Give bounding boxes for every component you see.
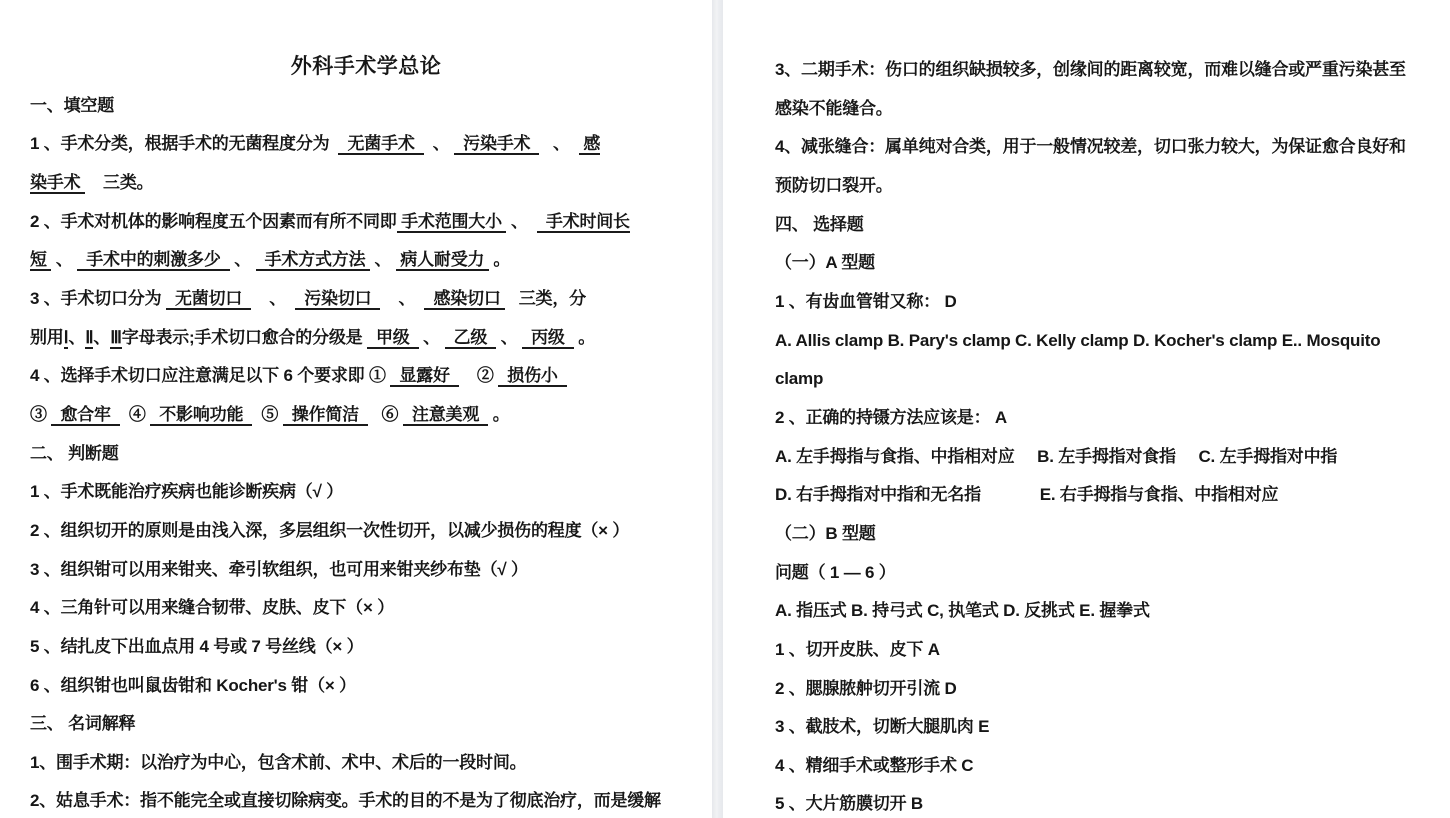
blank-answer: 不影响功能: [150, 405, 252, 426]
text-run: 2 、组织切开的原则是由浅入深，多层组织一次性切开，以减少损伤的程度（× ）: [30, 521, 629, 540]
text-line: 三、 名词解释: [30, 705, 702, 744]
text-run: 3、二期手术：伤口的组织缺损较多，创缘间的距离较宽，而难以缝合或严重污染甚至: [775, 60, 1406, 79]
text-run: 、: [424, 134, 454, 153]
text-line: 1 、手术既能治疗疾病也能诊断疾病（√ ）: [30, 473, 702, 512]
text-run: 。: [489, 250, 510, 269]
blank-answer: 污染手术: [454, 134, 539, 155]
blank-answer: 手术时间长: [537, 212, 630, 233]
text-line: 3 、组织钳可以用来钳夹、牵引软组织，也可用来钳夹纱布垫（√ ）: [30, 551, 702, 590]
page-left-content: 外科手术学总论一、填空题1 、手术分类，根据手术的无菌程度分为 无菌手术 、 污…: [0, 0, 712, 818]
text-run: 1、围手术期：以治疗为中心，包含术前、术中、术后的一段时间。: [30, 753, 526, 772]
blank-answer: 无菌切口: [166, 289, 251, 310]
text-run: 2 、手术对机体的影响程度五个因素而有所不同即: [30, 212, 397, 231]
text-line: 5 、大片筋膜切开 B: [775, 785, 1432, 818]
text-run: clamp: [775, 369, 823, 388]
text-run: 2 、正确的持镊方法应该是： A: [775, 408, 1007, 427]
blank-answer: 显露好: [390, 366, 459, 387]
text-run: 。: [574, 328, 595, 347]
text-run: 预防切口裂开。: [775, 176, 893, 195]
text-run: （二）B 型题: [775, 524, 876, 543]
text-run: 3 、手术切口分为: [30, 289, 166, 308]
text-line: 1、围手术期：以治疗为中心，包含术前、术中、术后的一段时间。: [30, 744, 702, 783]
text-run: 1 、有齿血管钳又称： D: [775, 292, 957, 311]
text-line: 2 、腮腺脓舯切开引流 D: [775, 670, 1432, 709]
page-right-content: 3、二期手术：伤口的组织缺损较多，创缘间的距离较宽，而难以缝合或严重污染甚至感染…: [723, 0, 1450, 818]
text-line: 别用Ⅰ、Ⅱ、Ⅲ字母表示;手术切口愈合的分级是 甲级 、 乙级 、 丙级 。: [30, 319, 702, 358]
text-run: 6 、组织钳也叫鼠齿钳和 Kocher's 钳（× ）: [30, 676, 356, 695]
blank-answer: 手术中的刺激多少: [77, 250, 230, 271]
text-run: 1 、手术分类，根据手术的无菌程度分为: [30, 134, 338, 153]
text-line: 1 、有齿血管钳又称： D: [775, 283, 1432, 322]
text-line: 2、姑息手术：指不能完全或直接切除病变。手术的目的不是为了彻底治疗，而是缓解: [30, 782, 702, 818]
text-line: （一）A 型题: [775, 244, 1432, 283]
page-gutter: [712, 0, 723, 818]
text-run: ⑥: [368, 405, 403, 424]
text-run: 2 、腮腺脓舯切开引流 D: [775, 679, 957, 698]
text-run: 三、 名词解释: [30, 714, 135, 733]
text-line: 1 、手术分类，根据手术的无菌程度分为 无菌手术 、 污染手术 、 感: [30, 125, 702, 164]
text-line: 3 、手术切口分为 无菌切口 、 污染切口 、 感染切口 三类，分: [30, 280, 702, 319]
text-line: 预防切口裂开。: [775, 167, 1432, 206]
text-run: 一、填空题: [30, 96, 114, 115]
text-line: A. 指压式 B. 持弓式 C, 执笔式 D. 反挑式 E. 握拳式: [775, 592, 1432, 631]
text-run: 、: [370, 250, 396, 269]
text-run: ②: [459, 366, 498, 385]
blank-answer: 愈合牢: [51, 405, 120, 426]
text-line: （二）B 型题: [775, 515, 1432, 554]
text-line: 四、 选择题: [775, 206, 1432, 245]
text-line: A. 左手拇指与食指、中指相对应 B. 左手拇指对食指 C. 左手拇指对中指: [775, 438, 1432, 477]
text-run: A. 指压式 B. 持弓式 C, 执笔式 D. 反挑式 E. 握拳式: [775, 601, 1150, 620]
text-line: 4、减张缝合：属单纯对合类，用于一般情况较差，切口张力较大，为保证愈合良好和: [775, 128, 1432, 167]
blank-answer: 病人耐受力: [396, 250, 489, 271]
text-run: 5 、大片筋膜切开 B: [775, 794, 923, 813]
text-run: ④: [120, 405, 150, 424]
blank-answer: 注意美观: [403, 405, 488, 426]
underlined-text: Ⅲ: [110, 328, 122, 349]
text-run: 三类，分: [505, 289, 586, 308]
text-line: 2 、手术对机体的影响程度五个因素而有所不同即 手术范围大小 、 手术时间长: [30, 203, 702, 242]
text-run: 2、姑息手术：指不能完全或直接切除病变。手术的目的不是为了彻底治疗，而是缓解: [30, 791, 661, 810]
text-run: 1 、手术既能治疗疾病也能诊断疾病（√ ）: [30, 482, 343, 501]
text-line: 一、填空题: [30, 87, 702, 126]
page-right: 3、二期手术：伤口的组织缺损较多，创缘间的距离较宽，而难以缝合或严重污染甚至感染…: [723, 0, 1450, 818]
blank-answer: 感: [579, 134, 600, 155]
text-run: 、: [539, 134, 578, 153]
text-line: 感染不能缝合。: [775, 90, 1432, 129]
text-run: 4、减张缝合：属单纯对合类，用于一般情况较差，切口张力较大，为保证愈合良好和: [775, 137, 1406, 156]
text-run: 、: [251, 289, 295, 308]
text-run: 1 、切开皮肤、皮下 A: [775, 640, 940, 659]
blank-answer: 操作简洁: [283, 405, 368, 426]
text-line: D. 右手拇指对中指和无名指 E. 右手拇指与食指、中指相对应: [775, 476, 1432, 515]
text-line: 问题（ 1 — 6 ）: [775, 554, 1432, 593]
blank-answer: 损伤小: [498, 366, 567, 387]
blank-answer: 手术范围大小: [397, 212, 507, 233]
text-run: 、: [230, 250, 256, 269]
text-run: 问题（ 1 — 6 ）: [775, 563, 896, 582]
text-run: 。: [488, 405, 509, 424]
text-run: 、: [51, 250, 77, 269]
text-run: 4 、三角针可以用来缝合韧带、皮肤、皮下（× ）: [30, 598, 394, 617]
document-title: 外科手术学总论: [30, 48, 702, 87]
text-line: 4 、精细手术或整形手术 C: [775, 747, 1432, 786]
text-run: ⑤: [252, 405, 282, 424]
text-line: 3 、截肢术，切断大腿肌肉 E: [775, 708, 1432, 747]
text-run: A. 左手拇指与食指、中指相对应 B. 左手拇指对食指 C. 左手拇指对中指: [775, 447, 1337, 466]
blank-answer: 手术方式方法: [256, 250, 370, 271]
text-line: clamp: [775, 360, 1432, 399]
text-run: 四、 选择题: [775, 215, 864, 234]
blank-answer: 污染切口: [295, 289, 380, 310]
text-line: 4 、选择手术切口应注意满足以下 6 个要求即 ① 显露好 ② 损伤小: [30, 357, 702, 396]
text-run: 感染不能缝合。: [775, 99, 893, 118]
document-viewer: 外科手术学总论一、填空题1 、手术分类，根据手术的无菌程度分为 无菌手术 、 污…: [0, 0, 1450, 818]
blank-answer: 丙级: [522, 328, 574, 349]
text-run: 5 、结扎皮下出血点用 4 号或 7 号丝线（× ）: [30, 637, 363, 656]
text-run: 4 、选择手术切口应注意满足以下 6 个要求即 ①: [30, 366, 390, 385]
text-run: 、: [419, 328, 445, 347]
text-run: 4 、精细手术或整形手术 C: [775, 756, 973, 775]
text-run: 字母表示;手术切口愈合的分级是: [122, 328, 367, 347]
text-run: 、: [496, 328, 522, 347]
blank-answer: 感染切口: [424, 289, 505, 310]
blank-answer: 甲级: [367, 328, 419, 349]
text-run: 三类。: [85, 173, 154, 192]
text-run: 、: [93, 328, 110, 347]
blank-answer: 乙级: [445, 328, 497, 349]
text-run: （一）A 型题: [775, 253, 875, 272]
text-line: ③ 愈合牢 ④ 不影响功能 ⑤ 操作简洁 ⑥ 注意美观 。: [30, 396, 702, 435]
text-run: A. Allis clamp B. Pary's clamp C. Kelly …: [775, 331, 1380, 350]
text-line: 2 、组织切开的原则是由浅入深，多层组织一次性切开，以减少损伤的程度（× ）: [30, 512, 702, 551]
text-line: 短 、 手术中的刺激多少 、 手术方式方法 、 病人耐受力 。: [30, 241, 702, 280]
text-run: 3 、组织钳可以用来钳夹、牵引软组织，也可用来钳夹纱布垫（√ ）: [30, 560, 528, 579]
text-run: 、: [380, 289, 424, 308]
blank-answer: 染手术: [30, 173, 85, 194]
text-line: 染手术 三类。: [30, 164, 702, 203]
text-line: 5 、结扎皮下出血点用 4 号或 7 号丝线（× ）: [30, 628, 702, 667]
blank-answer: 短: [30, 250, 51, 271]
page-left: 外科手术学总论一、填空题1 、手术分类，根据手术的无菌程度分为 无菌手术 、 污…: [0, 0, 712, 818]
text-line: 6 、组织钳也叫鼠齿钳和 Kocher's 钳（× ）: [30, 667, 702, 706]
text-line: 1 、切开皮肤、皮下 A: [775, 631, 1432, 670]
text-line: 3、二期手术：伤口的组织缺损较多，创缘间的距离较宽，而难以缝合或严重污染甚至: [775, 51, 1432, 90]
text-run: 、: [68, 328, 85, 347]
text-run: 3 、截肢术，切断大腿肌肉 E: [775, 717, 989, 736]
text-run: 别用: [30, 328, 64, 347]
text-run: D. 右手拇指对中指和无名指 E. 右手拇指与食指、中指相对应: [775, 485, 1278, 504]
text-line: 4 、三角针可以用来缝合韧带、皮肤、皮下（× ）: [30, 589, 702, 628]
text-line: 二、 判断题: [30, 435, 702, 474]
text-run: 二、 判断题: [30, 444, 119, 463]
text-line: 2 、正确的持镊方法应该是： A: [775, 399, 1432, 438]
text-run: 、: [506, 212, 536, 231]
blank-answer: 无菌手术: [338, 134, 423, 155]
text-run: ③: [30, 405, 51, 424]
text-run: 外科手术学总论: [291, 55, 442, 78]
text-line: A. Allis clamp B. Pary's clamp C. Kelly …: [775, 322, 1432, 361]
